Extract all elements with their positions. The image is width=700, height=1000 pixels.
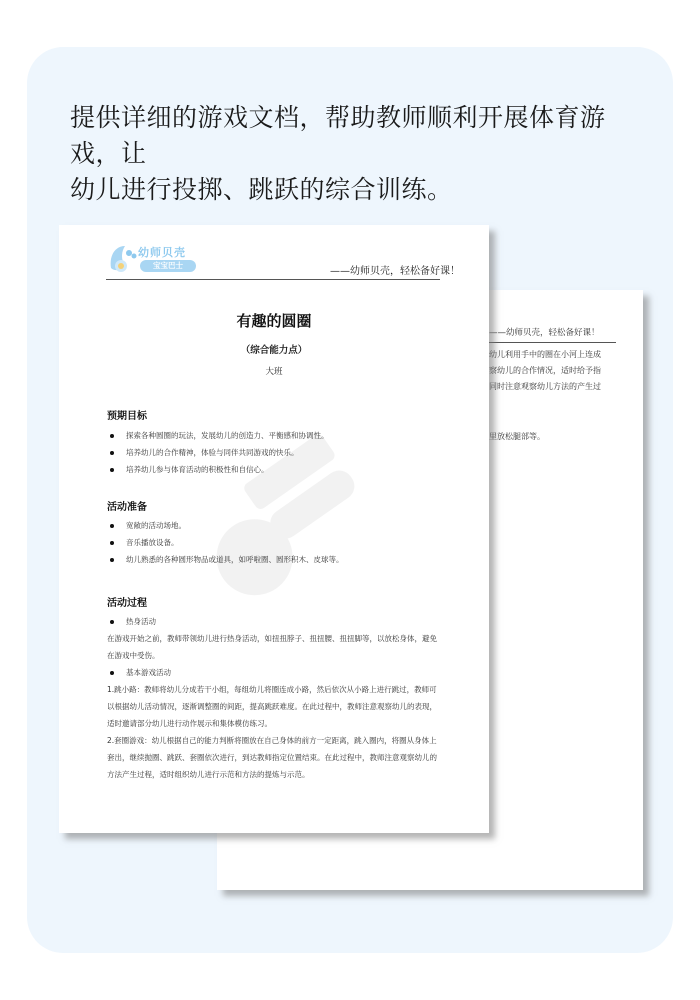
document-subtitle: （综合能力点）	[59, 342, 489, 356]
back-page-line: 同时注意观察幼儿方法的产生过	[489, 381, 601, 392]
logo-subtext: 宝宝巴士	[140, 260, 196, 272]
list-item: 基本游戏活动	[110, 667, 171, 678]
logo-text: 幼师贝壳	[138, 244, 186, 260]
list-item: 探索各种圆圈的玩法，发展幼儿的创造力、平衡感和协调性。	[110, 430, 329, 441]
back-page-line: 幼儿利用手中的圈在小河上连成	[489, 349, 601, 360]
paragraph-line: 套出，继续抛圈、跳跃、套圈依次进行，到达教师指定位置结束。在此过程中，教师注意观…	[107, 752, 437, 763]
section-heading-goals: 预期目标	[107, 407, 147, 422]
list-item: 音乐播放设备。	[110, 537, 179, 548]
paragraph-line: 以根据幼儿活动情况，逐渐调整圈的间距，提高跳跃难度。在此过程中，教师注意观察幼儿…	[107, 701, 437, 712]
list-item: 热身活动	[110, 616, 156, 627]
headline: 提供详细的游戏文档，帮助教师顺利开展体育游戏，让 幼儿进行投掷、跳跃的综合训练。	[70, 100, 640, 208]
bullet-icon	[110, 468, 114, 472]
bullet-icon	[110, 620, 114, 624]
paragraph-line: 1.跳小路：教师将幼儿分成若干小组，每组幼儿将圈连成小路，然后依次从小路上进行跳…	[107, 684, 437, 695]
bullet-icon	[110, 434, 114, 438]
paragraph-line: 在游戏中受伤。	[107, 650, 160, 661]
section-heading-preparation: 活动准备	[107, 498, 147, 513]
bullet-icon	[110, 558, 114, 562]
list-item: 幼儿熟悉的各种圆形物品或道具，如呼啦圈、圆形积木、皮球等。	[110, 554, 344, 565]
bullet-icon	[110, 524, 114, 528]
back-page-header-rule	[480, 342, 616, 343]
document-title: 有趣的圆圈	[59, 310, 489, 331]
brand-logo: 幼师贝壳 宝宝巴士	[107, 242, 207, 276]
headline-line-1: 提供详细的游戏文档，帮助教师顺利开展体育游戏，让	[70, 100, 640, 172]
headline-line-2: 幼儿进行投掷、跳跃的综合训练。	[70, 172, 640, 208]
list-item: 培养幼儿参与体育活动的积极性和自信心。	[110, 464, 269, 475]
section-heading-process: 活动过程	[107, 594, 147, 609]
list-item: 宽敞的活动场地。	[110, 520, 186, 531]
front-page-header-rule	[106, 279, 440, 280]
back-page-line: 察幼儿的合作情况，适时给予指	[489, 365, 601, 376]
document-grade: 大班	[59, 365, 489, 377]
bullet-icon	[110, 541, 114, 545]
paragraph-line: 方法产生过程，适时组织幼儿进行示范和方法的提炼与示范。	[107, 769, 310, 780]
front-page-tagline: ——幼师贝壳，轻松备好课！	[330, 262, 460, 277]
bullet-icon	[110, 451, 114, 455]
paragraph-line: 在游戏开始之前，教师带领幼儿进行热身活动，如扭扭脖子、扭扭腰、扭扭脚等，以放松身…	[107, 633, 437, 644]
back-page-line: 里放松腿部等。	[489, 431, 545, 442]
back-page-tagline: ——幼师贝壳，轻松备好课！	[489, 326, 600, 338]
list-item: 培养幼儿的合作精神，体验与同伴共同游戏的快乐。	[110, 447, 299, 458]
bullet-icon	[110, 671, 114, 675]
paragraph-line: 适时邀请部分幼儿进行动作展示和集体模仿练习。	[107, 718, 272, 729]
paragraph-line: 2.套圈游戏：幼儿根据自己的能力判断将圈放在自己身体的前方一定距离，跳入圈内，将…	[107, 735, 437, 746]
